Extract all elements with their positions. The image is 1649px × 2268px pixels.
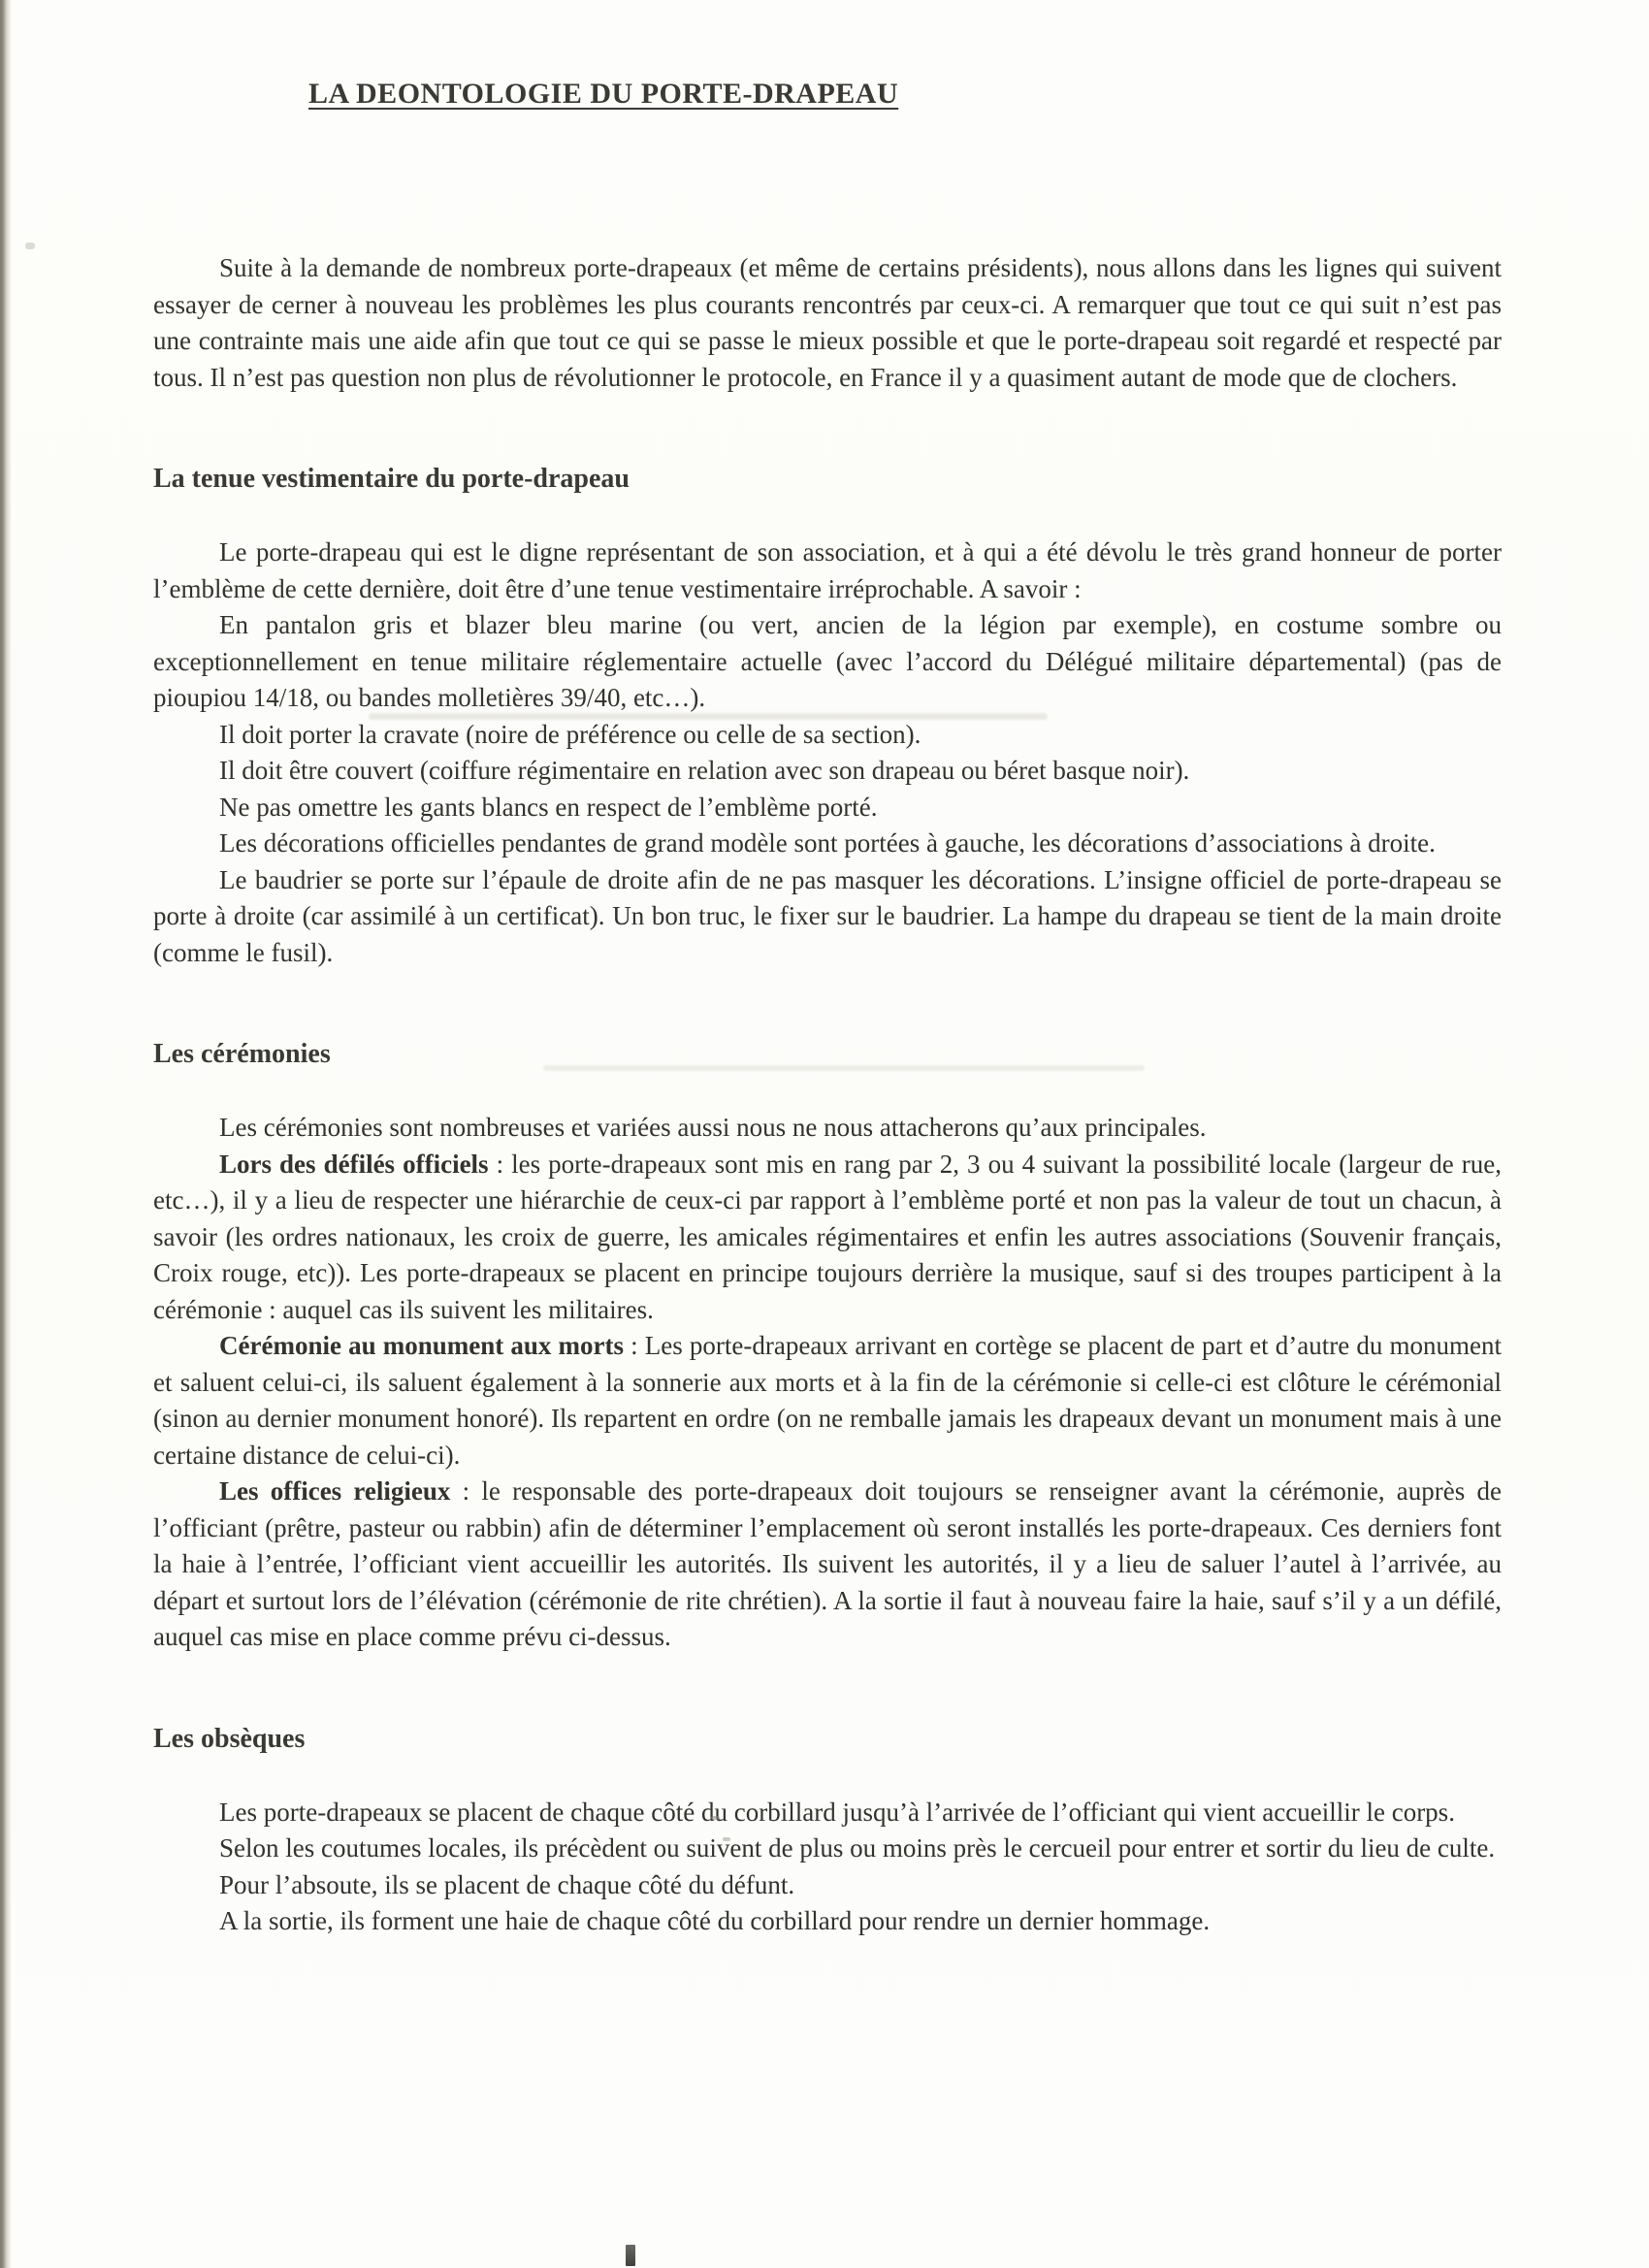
ceremonies-paragraph-defiles: Lors des défilés officiels : les porte-d…: [153, 1147, 1502, 1329]
ceremonies-paragraph-1: Les cérémonies sont nombreuses et variée…: [153, 1110, 1502, 1147]
ceremonies-paragraph-monument: Cérémonie au monument aux morts : Les po…: [153, 1328, 1502, 1474]
obseques-paragraph-3: Pour l’absoute, ils se placent de chaque…: [153, 1867, 1502, 1904]
section-heading-tenue: La tenue vestimentaire du porte-drapeau: [153, 460, 1502, 499]
intro-paragraph: Suite à la demande de nombreux porte-dra…: [153, 250, 1502, 396]
section-heading-obseques: Les obsèques: [153, 1720, 1502, 1759]
document-content: LA DEONTOLOGIE DU PORTE-DRAPEAU Suite à …: [153, 74, 1502, 1940]
ceremonies-paragraph-offices: Les offices religieux : le responsable d…: [153, 1474, 1502, 1656]
paragraph-lead-offices: Les offices religieux: [219, 1476, 450, 1506]
paragraph-lead-defiles: Lors des défilés officiels: [219, 1150, 489, 1179]
obseques-paragraph-1: Les porte-drapeaux se placent de chaque …: [153, 1795, 1502, 1831]
tenue-paragraph-4: Il doit être couvert (coiffure régimenta…: [153, 753, 1502, 790]
scanned-document-page: LA DEONTOLOGIE DU PORTE-DRAPEAU Suite à …: [0, 0, 1649, 2268]
scan-artifact-bottom-mark: [626, 2245, 635, 2266]
document-title: LA DEONTOLOGIE DU PORTE-DRAPEAU: [308, 74, 898, 114]
scanner-edge-shadow: [0, 0, 12, 2268]
paragraph-lead-monument: Cérémonie au monument aux morts: [219, 1331, 624, 1360]
tenue-paragraph-1: Le porte-drapeau qui est le digne représ…: [153, 535, 1502, 607]
tenue-paragraph-5: Ne pas omettre les gants blancs en respe…: [153, 790, 1502, 826]
tenue-paragraph-7: Le baudrier se porte sur l’épaule de dro…: [153, 862, 1502, 972]
scan-artifact-speck: [25, 243, 35, 249]
obseques-paragraph-2: Selon les coutumes locales, ils précèden…: [153, 1831, 1502, 1867]
tenue-paragraph-6: Les décorations officielles pendantes de…: [153, 826, 1502, 862]
tenue-paragraph-2: En pantalon gris et blazer bleu marine (…: [153, 607, 1502, 717]
tenue-paragraph-3: Il doit porter la cravate (noire de préf…: [153, 717, 1502, 754]
obseques-paragraph-4: A la sortie, ils forment une haie de cha…: [153, 1903, 1502, 1940]
section-heading-ceremonies: Les cérémonies: [153, 1035, 1502, 1074]
